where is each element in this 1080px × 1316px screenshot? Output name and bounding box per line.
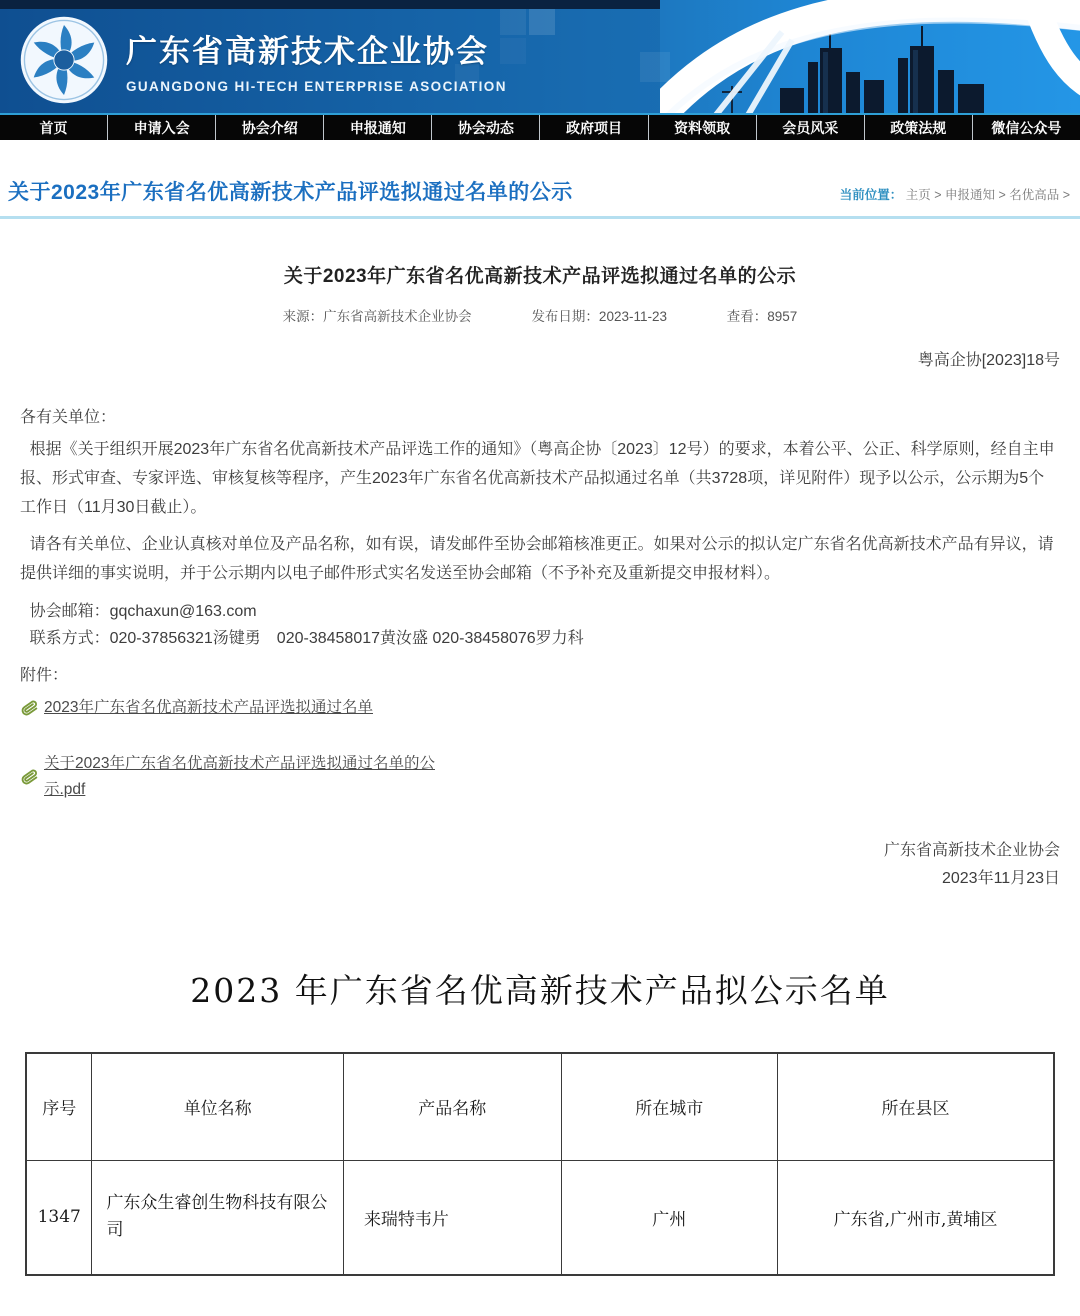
page-titlebar: 关于2023年广东省名优高新技术产品评选拟通过名单的公示 当前位置： 主页 > … xyxy=(0,140,1080,219)
salutation: 各有关单位： xyxy=(20,404,1060,427)
col-header-city: 所在城市 xyxy=(561,1053,778,1160)
article-views: 查看：8957 xyxy=(727,309,798,324)
cell-product: 来瑞特韦片 xyxy=(343,1160,561,1275)
signature-org: 广东省高新技术企业协会 xyxy=(20,837,1060,865)
paragraph-1: 根据《关于组织开展2023年广东省名优高新技术产品评选工作的通知》（粤高企协〔2… xyxy=(20,435,1060,522)
site-header: 广东省高新技术企业协会 GUANGDONG HI-TECH ENTERPRISE… xyxy=(0,0,1080,113)
signature-date: 2023年11月23日 xyxy=(20,865,1060,893)
article-body: 关于2023年广东省名优高新技术产品评选拟通过名单的公示 来源：广东省高新技术企… xyxy=(0,261,1080,893)
nav-item-gov-projects[interactable]: 政府项目 xyxy=(540,115,648,140)
city-skyline-graphic xyxy=(660,0,1080,113)
decor-tile xyxy=(529,9,555,35)
published-list-section: 2023 年广东省名优高新技术产品拟公示名单 序号 单位名称 产品名称 所在城市… xyxy=(0,965,1080,1316)
article-title: 关于2023年广东省名优高新技术产品评选拟通过名单的公示 xyxy=(20,261,1060,288)
article-publish-date: 发布日期：2023-11-23 xyxy=(531,309,667,324)
article-meta: 来源：广东省高新技术企业协会 发布日期：2023-11-23 查看：8957 xyxy=(20,305,1060,325)
association-logo xyxy=(18,14,110,106)
nav-item-about[interactable]: 协会介绍 xyxy=(216,115,324,140)
paperclip-icon xyxy=(18,766,40,788)
paperclip-icon xyxy=(18,697,40,719)
attachment-item-1: 2023年广东省名优高新技术产品评选拟通过名单 xyxy=(20,695,1060,721)
decor-tile xyxy=(640,52,670,82)
list-title: 2023 年广东省名优高新技术产品拟公示名单 xyxy=(0,965,1080,1012)
article-source: 来源：广东省高新技术企业协会 xyxy=(283,309,472,324)
org-name-chinese: 广东省高新技术企业协会 xyxy=(126,26,507,71)
attachment-item-2: 关于2023年广东省名优高新技术产品评选拟通过名单的公示.pdf xyxy=(20,751,475,803)
table-header-row: 序号 单位名称 产品名称 所在城市 所在县区 xyxy=(26,1053,1054,1160)
nav-item-materials[interactable]: 资料领取 xyxy=(649,115,757,140)
product-list-table: 序号 单位名称 产品名称 所在城市 所在县区 1347 广东众生睿创生物科技有限… xyxy=(25,1052,1055,1276)
attachment-link-announcement-pdf[interactable]: 关于2023年广东省名优高新技术产品评选拟通过名单的公示.pdf xyxy=(44,751,475,803)
attachment-link-name-list[interactable]: 2023年广东省名优高新技术产品评选拟通过名单 xyxy=(44,695,373,721)
breadcrumb-label: 当前位置： xyxy=(840,188,903,202)
nav-item-news[interactable]: 协会动态 xyxy=(432,115,540,140)
table-row: 1347 广东众生睿创生物科技有限公司 来瑞特韦片 广州 广东省,广州市,黄埔区 xyxy=(26,1160,1054,1275)
breadcrumb-path[interactable]: 主页 > 申报通知 > 名优高品 > xyxy=(906,188,1070,202)
cell-city: 广州 xyxy=(561,1160,778,1275)
org-name-english: GUANGDONG HI-TECH ENTERPRISE ASOCIATION xyxy=(126,79,507,94)
cell-org: 广东众生睿创生物科技有限公司 xyxy=(92,1160,344,1275)
nav-item-policies[interactable]: 政策法规 xyxy=(865,115,973,140)
association-email-line: 协会邮箱：gqchaxun@163.com xyxy=(20,598,1060,625)
breadcrumb: 当前位置： 主页 > 申报通知 > 名优高品 > xyxy=(840,185,1070,206)
nav-item-join[interactable]: 申请入会 xyxy=(108,115,216,140)
col-header-seq: 序号 xyxy=(26,1053,92,1160)
signature-block: 广东省高新技术企业协会 2023年11月23日 xyxy=(20,837,1060,893)
cell-district: 广东省,广州市,黄埔区 xyxy=(778,1160,1054,1275)
nav-item-home[interactable]: 首页 xyxy=(0,115,108,140)
page-title: 关于2023年广东省名优高新技术产品评选拟通过名单的公示 xyxy=(8,176,573,206)
main-navigation: 首页 申请入会 协会介绍 申报通知 协会动态 政府项目 资料领取 会员风采 政策… xyxy=(0,113,1080,140)
document-number: 粤高企协[2023]18号 xyxy=(20,347,1060,370)
paragraph-2: 请各有关单位、企业认真核对单位及产品名称，如有误，请发邮件至协会邮箱核准更正。如… xyxy=(20,530,1060,588)
nav-item-members[interactable]: 会员风采 xyxy=(757,115,865,140)
attachment-label: 附件： xyxy=(20,662,1060,689)
contact-line: 联系方式：020-37856321汤键勇 020-38458017黄汝盛 020… xyxy=(20,625,1060,652)
nav-item-notices[interactable]: 申报通知 xyxy=(324,115,432,140)
col-header-product: 产品名称 xyxy=(343,1053,561,1160)
col-header-org: 单位名称 xyxy=(92,1053,344,1160)
col-header-district: 所在县区 xyxy=(778,1053,1054,1160)
cell-seq: 1347 xyxy=(26,1160,92,1275)
nav-item-wechat[interactable]: 微信公众号 xyxy=(973,115,1080,140)
